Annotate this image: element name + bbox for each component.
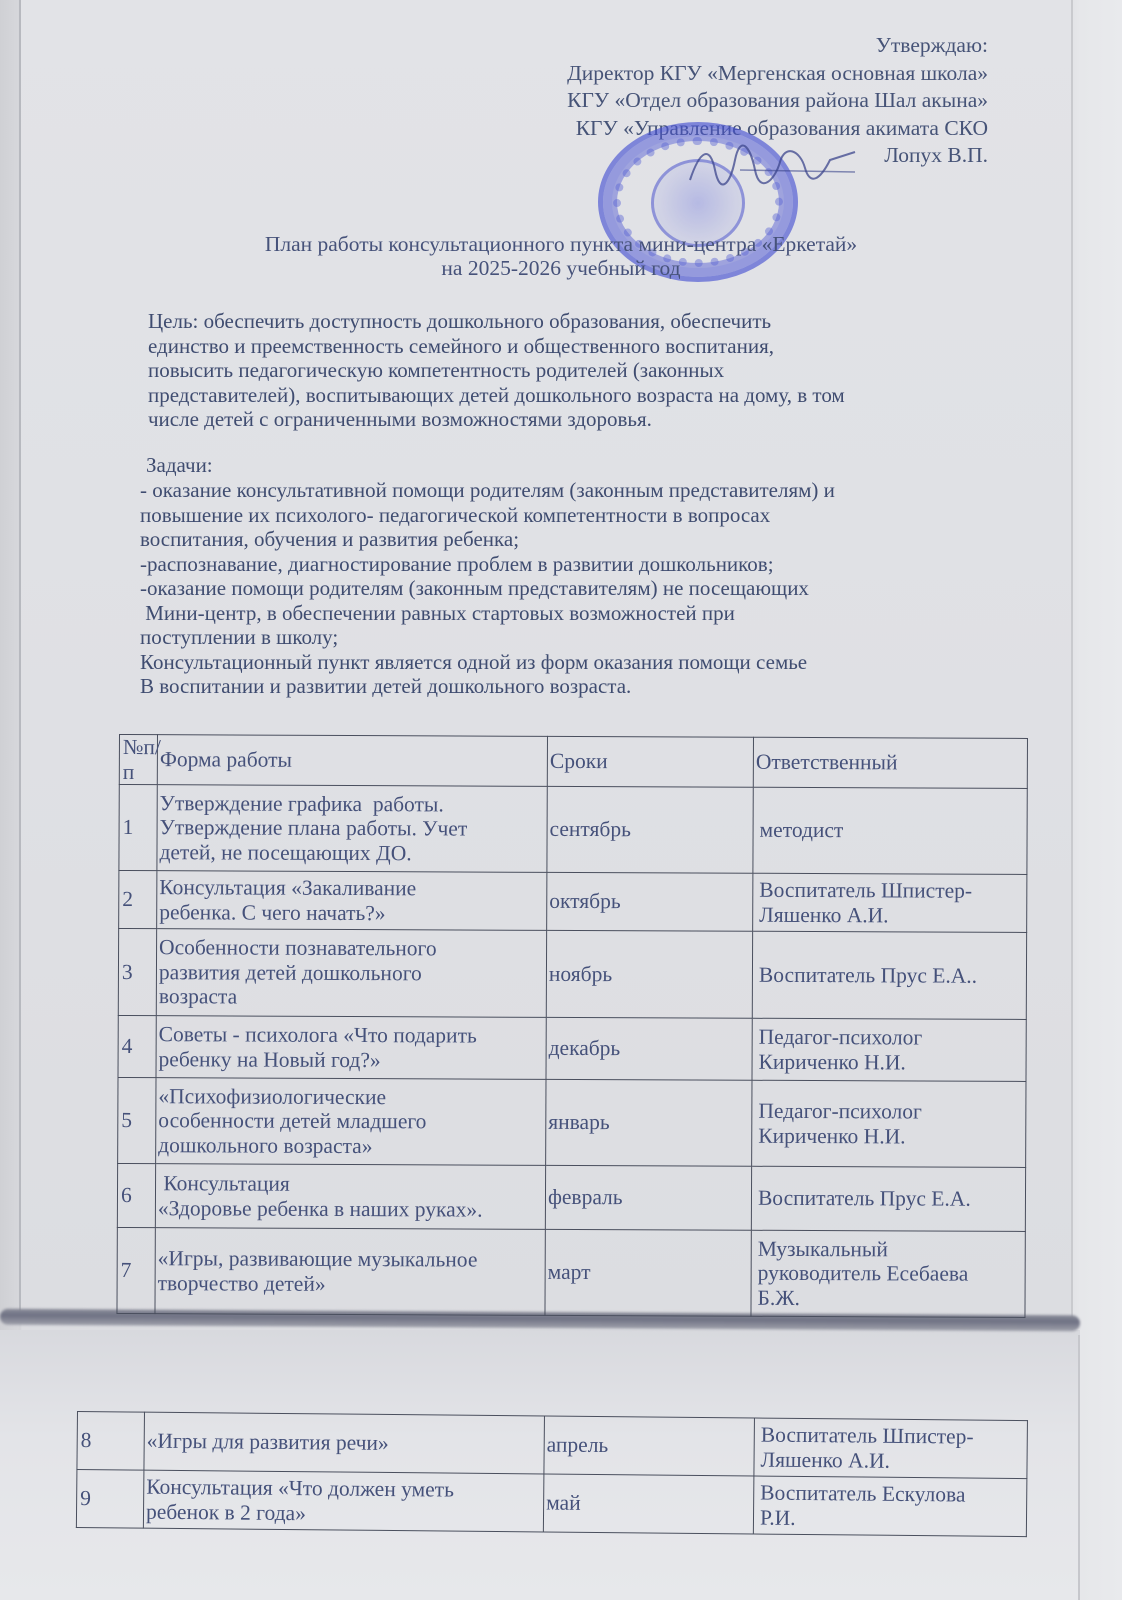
row-term: май	[543, 1474, 754, 1534]
row-responsible: Педагог-психологКириченко Н.И.	[752, 1018, 1026, 1081]
row-form-of-work: Консультация «Закаливаниеребенка. С чего…	[157, 871, 547, 931]
table-header-row: №п/п Форма работы Сроки Ответственный	[119, 735, 1027, 789]
task-line: воспитания, обучения и развития ребенка;	[140, 527, 1000, 552]
row-responsible: Педагог-психологКириченко Н.И.	[752, 1080, 1026, 1167]
form-line: ребенку на Новый год?»	[159, 1047, 544, 1073]
table-row: 3Особенности познавательногоразвития дет…	[118, 929, 1026, 1020]
row-form-of-work: «Игры, развивающие музыкальноетворчество…	[155, 1228, 545, 1316]
responsible-line: Педагог-психолог	[758, 1099, 1023, 1125]
table-row: 9Консультация «Что должен уметьребенок в…	[76, 1470, 1027, 1537]
form-line: Консультация «Что должен уметь	[146, 1475, 541, 1503]
row-term: февраль	[545, 1165, 751, 1230]
task-line: Консультационный пункт является одной из…	[140, 650, 1000, 675]
row-form-of-work: «Психофизиологическиеособенности детей м…	[156, 1078, 546, 1166]
form-line: творчество детей»	[158, 1271, 543, 1297]
table-row: 2Консультация «Закаливаниеребенка. С чег…	[119, 871, 1027, 933]
row-number: 8	[77, 1412, 145, 1471]
form-line: Утверждение плана работы. Учет	[160, 815, 545, 841]
signature-icon	[680, 140, 860, 190]
form-line: «Психофизиологические	[158, 1084, 543, 1110]
responsible-line: руководитель Есебаева	[758, 1261, 1023, 1287]
responsible-line: Воспитатель Ескулова	[760, 1481, 1024, 1508]
row-form-of-work: Консультация «Что должен уметьребенок в …	[143, 1470, 544, 1532]
tasks-section: Задачи: - оказание консультативной помощ…	[140, 478, 1000, 699]
plan-table: №п/п Форма работы Сроки Ответственный 1У…	[116, 734, 1028, 1318]
goal-line: единство и преемственность семейного и о…	[148, 334, 998, 359]
form-line: ребенок в 2 года»	[146, 1499, 541, 1527]
row-number: 7	[117, 1227, 155, 1313]
title-line-1: План работы консультационного пункта мин…	[0, 232, 1122, 256]
responsible-line: Воспитатель Прус Е.А.	[758, 1186, 1023, 1212]
form-line: «Здоровье ребенка в наших руках».	[158, 1196, 543, 1222]
goal-line: повысить педагогическую компетентность р…	[148, 358, 998, 383]
table-row: 8«Игры для развития речи»апрельВоспитате…	[77, 1412, 1028, 1479]
row-term: декабрь	[546, 1017, 752, 1080]
form-line: Особенности познавательного	[159, 935, 544, 961]
task-line: -оказание помощи родителям (законным пре…	[140, 576, 1000, 601]
tasks-heading: Задачи:	[146, 453, 213, 478]
row-number: 6	[117, 1163, 155, 1227]
header-term: Сроки	[547, 736, 753, 787]
form-line: особенности детей младшего	[158, 1108, 543, 1134]
row-term: март	[545, 1229, 751, 1316]
row-term: ноябрь	[546, 930, 752, 1018]
row-form-of-work: «Игры для развития речи»	[144, 1412, 545, 1474]
responsible-line: Р.И.	[760, 1505, 1024, 1532]
form-line: Консультация «Закаливание	[159, 875, 544, 901]
task-line: -распознавание, диагностирование проблем…	[140, 552, 1000, 577]
page-edge-right	[1071, 0, 1073, 1330]
form-line: возраста	[159, 984, 544, 1010]
goal-paragraph: Цель: обеспечить доступность дошкольного…	[148, 309, 998, 432]
document-title: План работы консультационного пункта мин…	[0, 232, 1122, 280]
goal-line: числе детей с ограниченными возможностям…	[148, 407, 998, 432]
row-number: 9	[76, 1470, 144, 1529]
responsible-line: Воспитатель Прус Е.А..	[759, 963, 1024, 989]
row-term: сентябрь	[547, 786, 753, 873]
form-line: Утверждение графика работы.	[160, 791, 545, 817]
row-number: 5	[118, 1077, 156, 1163]
responsible-line: Воспитатель Шпистер-	[761, 1423, 1025, 1450]
row-form-of-work: Советы - психолога «Что подаритьребенку …	[156, 1016, 546, 1080]
document-photo: Утверждаю: Директор КГУ «Мергенская осно…	[0, 0, 1122, 1600]
responsible-line: Ляшенко А.И.	[760, 1447, 1024, 1474]
row-term: январь	[546, 1079, 752, 1166]
form-line: дошкольного возраста»	[158, 1133, 543, 1159]
row-number: 1	[119, 785, 157, 871]
row-term: апрель	[544, 1416, 755, 1476]
task-line: поступлении в школу;	[140, 625, 1000, 650]
row-form-of-work: Консультация«Здоровье ребенка в наших ру…	[155, 1164, 545, 1230]
row-number: 3	[118, 929, 156, 1016]
row-number: 4	[118, 1015, 156, 1077]
approval-heading: Утверждаю:	[567, 32, 988, 60]
task-line: В воспитании и развитии детей дошкольног…	[140, 674, 1000, 699]
form-line: ребенка. С чего начать?»	[159, 900, 544, 926]
row-responsible: Воспитатель Прус Е.А.	[751, 1166, 1025, 1231]
approval-line: КГУ «Отдел образования района Шал акына»	[567, 87, 988, 115]
header-number: №п/п	[119, 735, 157, 785]
row-form-of-work: Утверждение графика работы.Утверждение п…	[157, 785, 547, 873]
table-row: 6 Консультация«Здоровье ребенка в наших …	[117, 1163, 1025, 1231]
responsible-line: методист	[760, 818, 1025, 844]
form-line: «Игры, развивающие музыкальное	[158, 1246, 543, 1272]
header-responsible: Ответственный	[753, 737, 1027, 788]
table-row: 1Утверждение графика работы.Утверждение …	[119, 785, 1027, 875]
row-term: октябрь	[547, 872, 753, 931]
row-responsible: Воспитатель Прус Е.А..	[752, 931, 1026, 1019]
row-responsible: Воспитатель Шпистер-Ляшенко А.И.	[753, 873, 1027, 932]
responsible-line: Ляшенко А.И.	[759, 902, 1024, 928]
responsible-line: Воспитатель Шпистер-	[759, 878, 1024, 904]
approval-line: КГУ «Управление образования акимата СКО	[567, 115, 988, 143]
row-responsible: Воспитатель Шпистер-Ляшенко А.И.	[754, 1418, 1028, 1479]
table-row: 7«Игры, развивающие музыкальноетворчеств…	[117, 1227, 1025, 1317]
header-form: Форма работы	[157, 735, 547, 787]
task-line: повышение их психолого- педагогической к…	[140, 503, 1000, 528]
row-responsible: методист	[753, 787, 1027, 874]
row-form-of-work: Особенности познавательногоразвития дете…	[156, 929, 546, 1018]
page-edge-left	[19, 0, 21, 1320]
page-2-edge	[1078, 1335, 1080, 1600]
responsible-line: Музыкальный	[758, 1237, 1023, 1263]
row-responsible: Музыкальныйруководитель ЕсебаеваБ.Ж.	[751, 1230, 1025, 1317]
approval-line: Директор КГУ «Мергенская основная школа»	[567, 60, 988, 88]
responsible-line: Кириченко Н.И.	[759, 1049, 1024, 1075]
form-line: Консультация	[158, 1171, 543, 1197]
title-line-2: на 2025-2026 учебный год	[0, 256, 1122, 280]
goal-line: Цель: обеспечить доступность дошкольного…	[148, 309, 998, 334]
responsible-line: Кириченко Н.И.	[758, 1123, 1023, 1149]
responsible-line: Педагог-психолог	[759, 1025, 1024, 1051]
row-number: 2	[119, 871, 157, 929]
plan-table-continued: 8«Игры для развития речи»апрельВоспитате…	[76, 1411, 1028, 1537]
task-line: Мини-центр, в обеспечении равных стартов…	[140, 601, 1000, 626]
form-line: развития детей дошкольного	[159, 960, 544, 986]
form-line: детей, не посещающих ДО.	[159, 840, 544, 866]
table-row: 5«Психофизиологическиеособенности детей …	[118, 1077, 1026, 1167]
goal-line: представителей), воспитывающих детей дош…	[148, 383, 998, 408]
table-row: 4Советы - психолога «Что подаритьребенку…	[118, 1015, 1026, 1081]
task-line: - оказание консультативной помощи родите…	[140, 478, 1000, 503]
form-line: «Игры для развития речи»	[147, 1429, 542, 1457]
row-responsible: Воспитатель ЕскуловаР.И.	[753, 1476, 1027, 1537]
form-line: Советы - психолога «Что подарить	[159, 1022, 544, 1048]
responsible-line: Б.Ж.	[757, 1286, 1022, 1312]
